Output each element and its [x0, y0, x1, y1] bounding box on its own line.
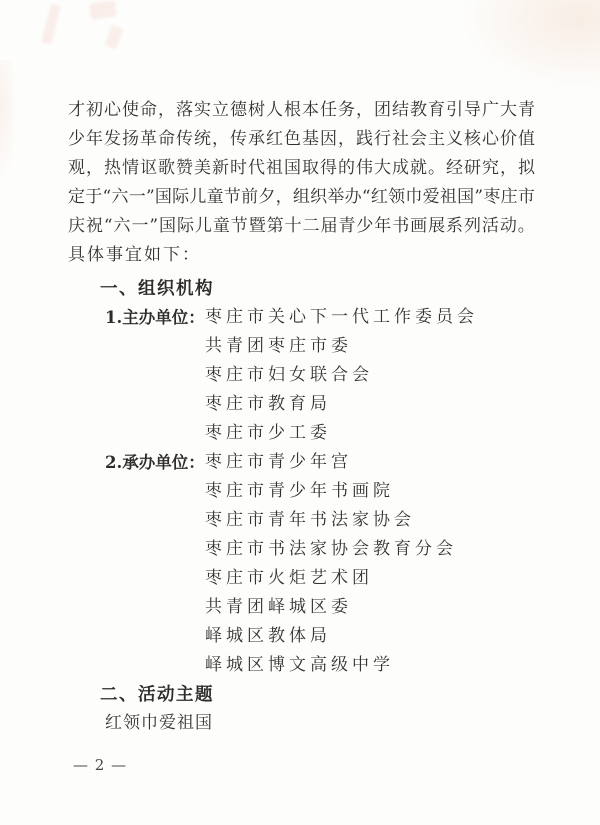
- scan-artifact-left-edge: [0, 60, 16, 180]
- organization-unit: 枣庄市少工委: [205, 419, 535, 448]
- organization-unit: 枣庄市青年书法家协会: [205, 506, 535, 535]
- organizer-units-row: 2.承办单位： 枣庄市青少年宫枣庄市青少年书画院枣庄市青年书法家协会枣庄市书法家…: [68, 448, 535, 680]
- organization-unit: 枣庄市书法家协会教育分会: [205, 535, 535, 564]
- host-units-row: 1.主办单位： 枣庄市关心下一代工作委员会共青团枣庄市委枣庄市妇女联合会枣庄市教…: [68, 303, 535, 448]
- host-units-list: 枣庄市关心下一代工作委员会共青团枣庄市委枣庄市妇女联合会枣庄市教育局枣庄市少工委: [205, 303, 535, 448]
- organization-unit: 共青团枣庄市委: [205, 332, 535, 361]
- document-page: 才初心使命，落实立德树人根本任务，团结教育引导广大青少年发扬革命传统，传承红色基…: [0, 0, 600, 825]
- organization-unit: 共青团峄城区委: [205, 593, 535, 622]
- organization-unit: 枣庄市关心下一代工作委员会: [205, 303, 535, 332]
- organizer-units-list: 枣庄市青少年宫枣庄市青少年书画院枣庄市青年书法家协会枣庄市书法家协会教育分会枣庄…: [205, 448, 535, 680]
- organization-unit: 枣庄市青少年宫: [205, 448, 535, 477]
- scan-artifact-top-left: [38, 0, 168, 58]
- organization-unit: 枣庄市火炬艺术团: [205, 564, 535, 593]
- paragraph-line: 观，热情讴歌赞美新时代祖国取得的伟大成就。经研究，拟: [68, 154, 535, 183]
- paragraph-line: 少年发扬革命传统，传承红色基因，践行社会主义核心价值: [68, 125, 535, 154]
- scan-artifact-stroke: [41, 3, 60, 44]
- scan-artifact-stroke: [89, 0, 117, 19]
- paragraph-line: 定于“六一”国际儿童节前夕，组织举办“红领巾爱祖国”枣庄市: [68, 183, 535, 212]
- section-1-heading: 一、组织机构: [100, 274, 535, 303]
- activity-theme: 红领巾爱祖国: [105, 709, 535, 738]
- opening-paragraph: 才初心使命，落实立德树人根本任务，团结教育引导广大青少年发扬革命传统，传承红色基…: [68, 96, 535, 270]
- host-units-label: 1.主办单位：: [105, 303, 205, 332]
- document-body: 才初心使命，落实立德树人根本任务，团结教育引导广大青少年发扬革命传统，传承红色基…: [68, 96, 535, 738]
- paragraph-line: 庆祝“六一”国际儿童节暨第十二届青少年书画展系列活动。: [68, 212, 535, 241]
- section-2-heading: 二、活动主题: [100, 680, 535, 709]
- paragraph-line: 才初心使命，落实立德树人根本任务，团结教育引导广大青: [68, 96, 535, 125]
- organization-unit: 枣庄市青少年书画院: [205, 477, 535, 506]
- organization-unit: 峄城区博文高级中学: [205, 651, 535, 680]
- page-footer: — 2 —: [73, 752, 127, 778]
- organization-unit: 枣庄市妇女联合会: [205, 361, 535, 390]
- organization-unit: 峄城区教体局: [205, 622, 535, 651]
- organization-unit: 枣庄市教育局: [205, 390, 535, 419]
- opening-paragraph-justified-lines: 才初心使命，落实立德树人根本任务，团结教育引导广大青少年发扬革命传统，传承红色基…: [68, 96, 535, 241]
- organizer-units-label: 2.承办单位：: [105, 448, 205, 477]
- paragraph-last-line: 具体事宜如下：: [68, 241, 535, 270]
- scan-artifact-top-right: [460, 0, 600, 90]
- scan-artifact-stroke: [105, 25, 124, 50]
- page-number: — 2 —: [73, 756, 127, 774]
